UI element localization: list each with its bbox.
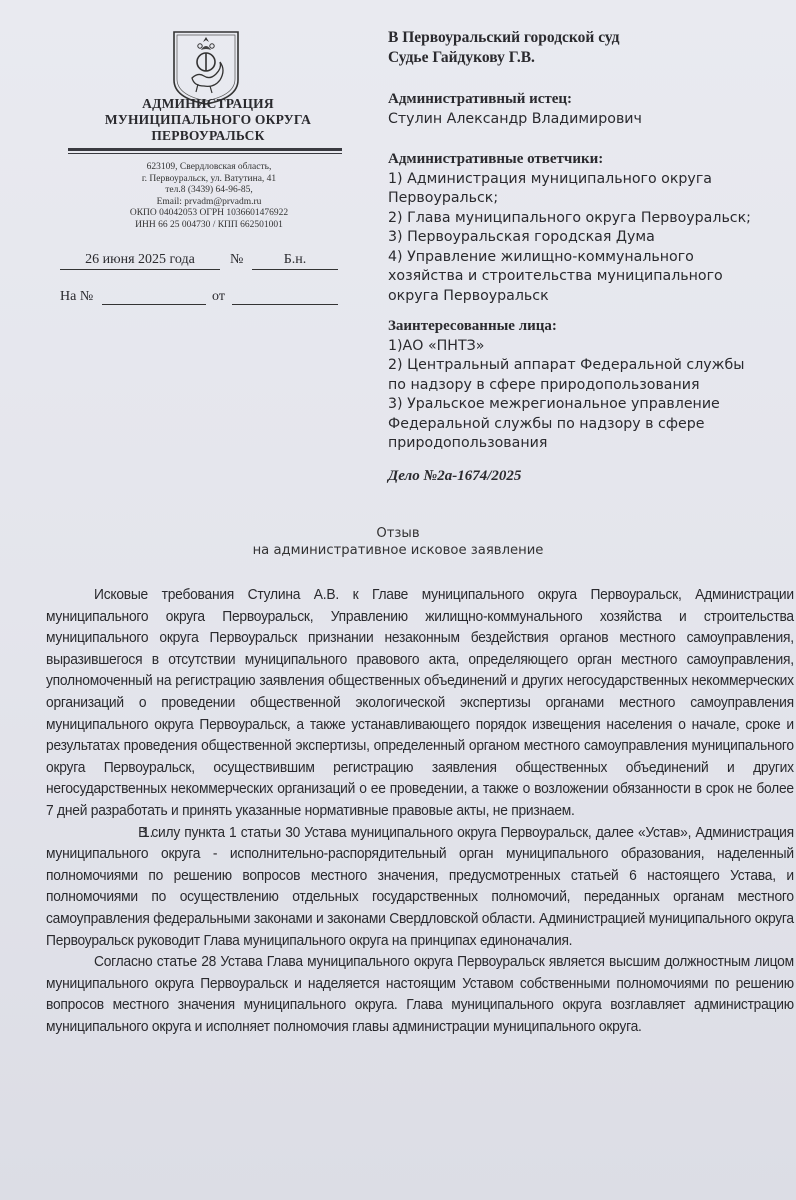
coat-of-arms-icon [170,28,242,106]
interested-parties-block: Заинтересованные лица: 1)АО «ПНТЗ» 2) Це… [388,317,768,454]
document-page: АДМИНИСТРАЦИЯ МУНИЦИПАЛЬНОГО ОКРУГА ПЕРВ… [0,0,796,1200]
org-line-2: МУНИЦИПАЛЬНОГО ОКРУГА [68,112,348,128]
defendant-line: 3) Первоуральская городская Дума [388,228,768,248]
body-paragraph: Исковые требования Стулина А.В. к Главе … [46,585,794,823]
document-number: Б.н. [252,252,338,270]
reply-from-label: от [212,289,225,305]
interested-line: Федеральной службы по надзору в сфере [388,415,768,435]
case-number: Дело №2а-1674/2025 [388,467,768,487]
document-date: 26 июня 2025 года [60,252,220,270]
defendant-line: 1) Администрация муниципального округа [388,170,768,190]
body-paragraph-numbered: 1.В силу пункта 1 статьи 30 Устава муниц… [46,823,794,953]
reply-reference-line: На № от [60,289,350,309]
item-number: 1. [94,823,138,845]
defendants-label: Административные ответчики: [388,150,768,170]
document-subtitle: на административное исковое заявление [0,542,796,559]
reply-date-blank [232,304,338,305]
contact-address-2: г. Первоуральск, ул. Ватутина, 41 [68,174,350,186]
plaintiff-label: Административный истец: [388,90,768,110]
defendant-line: хозяйства и строительства муниципального [388,267,768,287]
header-divider [68,148,342,151]
number-label: № [230,252,243,268]
contact-inn-kpp: ИНН 66 25 004730 / КПП 662501001 [68,220,350,232]
interested-line: 1)АО «ПНТЗ» [388,337,768,357]
contact-phone: тел.8 (3439) 64-96-85, [68,185,350,197]
org-line-3: ПЕРВОУРАЛЬСК [68,128,348,144]
reply-number-blank [102,304,206,305]
contact-okpo-ogrn: ОКПО 04042053 ОГРН 1036601476922 [68,208,350,220]
contact-email: Email: prvadm@prvadm.ru [68,197,350,209]
header-divider-thin [68,153,342,154]
organization-name: АДМИНИСТРАЦИЯ МУНИЦИПАЛЬНОГО ОКРУГА ПЕРВ… [68,96,348,144]
defendant-line: 2) Глава муниципального округа Первоурал… [388,209,768,229]
organization-contacts: 623109, Свердловская область, г. Первоур… [68,162,350,232]
body-paragraph-text: В силу пункта 1 статьи 30 Устава муницип… [46,825,794,949]
judge-name: Судье Гайдукову Г.В. [388,48,768,68]
addressee-court: В Первоуральский городской суд Судье Гай… [388,28,768,67]
body-paragraph: Согласно статье 28 Устава Глава муниципа… [46,952,794,1038]
contact-address-1: 623109, Свердловская область, [68,162,350,174]
plaintiff-block: Административный истец: Стулин Александр… [388,90,768,129]
org-line-1: АДМИНИСТРАЦИЯ [68,96,348,112]
interested-line: 3) Уральское межрегиональное управление [388,395,768,415]
plaintiff-name: Стулин Александр Владимирович [388,110,768,130]
document-title: Отзыв [0,525,796,542]
interested-line: по надзору в сфере природопользования [388,376,768,396]
defendant-line: 4) Управление жилищно-коммунального [388,248,768,268]
interested-line: 2) Центральный аппарат Федеральной служб… [388,356,768,376]
defendant-line: Первоуральск; [388,189,768,209]
interested-label: Заинтересованные лица: [388,317,768,337]
interested-line: природопользования [388,434,768,454]
court-name: В Первоуральский городской суд [388,28,768,48]
document-body: Исковые требования Стулина А.В. к Главе … [46,585,794,1038]
defendant-line: округа Первоуральск [388,287,768,307]
defendants-block: Административные ответчики: 1) Администр… [388,150,768,306]
registration-line: 26 июня 2025 года № Б.н. [60,252,350,272]
reply-number-label: На № [60,289,93,305]
